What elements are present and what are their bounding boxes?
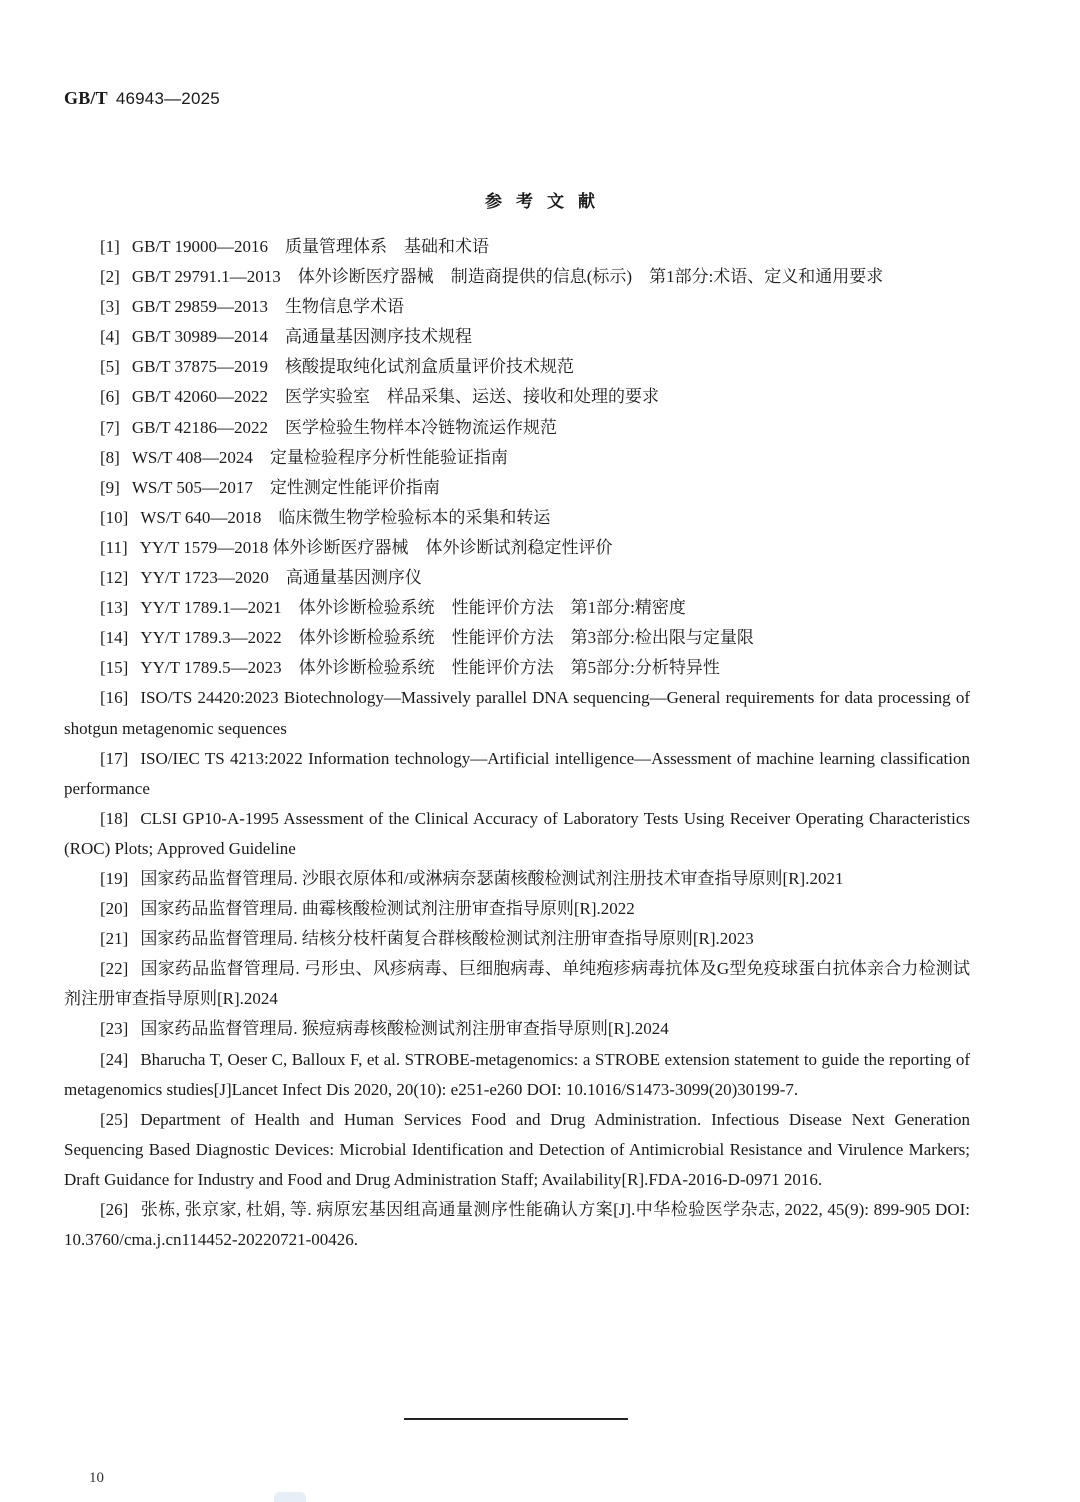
reference-index: [5] <box>100 357 120 376</box>
reference-index: [23] <box>100 1019 128 1038</box>
reference-item: [2]GB/T 29791.1—2013 体外诊断医疗器械 制造商提供的信息(标… <box>64 262 970 292</box>
reference-item: [19]国家药品监督管理局. 沙眼衣原体和/或淋病奈瑟菌核酸检测试剂注册技术审查… <box>64 864 970 894</box>
reference-item: [14]YY/T 1789.3—2022 体外诊断检验系统 性能评价方法 第3部… <box>64 623 970 653</box>
reference-index: [11] <box>100 538 128 557</box>
reference-item: [21]国家药品监督管理局. 结核分枝杆菌复合群核酸检测试剂注册审查指导原则[R… <box>64 924 970 954</box>
reference-item: [18]CLSI GP10-A-1995 Assessment of the C… <box>64 804 970 864</box>
standard-number: GB/T46943—2025 <box>64 88 220 109</box>
reference-index: [8] <box>100 448 120 467</box>
reference-index: [4] <box>100 327 120 346</box>
reference-text: Bharucha T, Oeser C, Balloux F, et al. S… <box>64 1050 970 1099</box>
reference-index: [1] <box>100 237 120 256</box>
reference-item: [1]GB/T 19000—2016 质量管理体系 基础和术语 <box>64 232 970 262</box>
reference-item: [12]YY/T 1723—2020 高通量基因测序仪 <box>64 563 970 593</box>
reference-index: [10] <box>100 508 128 527</box>
reference-index: [12] <box>100 568 128 587</box>
reference-text: WS/T 505—2017 定性测定性能评价指南 <box>132 478 440 497</box>
reference-item: [16]ISO/TS 24420:2023 Biotechnology—Mass… <box>64 683 970 743</box>
reference-item: [9]WS/T 505—2017 定性测定性能评价指南 <box>64 473 970 503</box>
reference-text: YY/T 1789.5—2023 体外诊断检验系统 性能评价方法 第5部分:分析… <box>140 658 720 677</box>
reference-index: [22] <box>100 959 128 978</box>
reference-text: GB/T 30989—2014 高通量基因测序技术规程 <box>132 327 472 346</box>
reference-index: [16] <box>100 688 128 707</box>
reference-item: [23]国家药品监督管理局. 猴痘病毒核酸检测试剂注册审查指导原则[R].202… <box>64 1014 970 1044</box>
reference-item: [10]WS/T 640—2018 临床微生物学检验标本的采集和转运 <box>64 503 970 533</box>
reference-text: WS/T 408—2024 定量检验程序分析性能验证指南 <box>132 448 508 467</box>
reference-item: [15]YY/T 1789.5—2023 体外诊断检验系统 性能评价方法 第5部… <box>64 653 970 683</box>
section-title: 参考文献 <box>0 187 1080 212</box>
reference-index: [14] <box>100 628 128 647</box>
reference-item: [8]WS/T 408—2024 定量检验程序分析性能验证指南 <box>64 443 970 473</box>
reference-text: ISO/TS 24420:2023 Biotechnology—Massivel… <box>64 688 970 737</box>
reference-text: GB/T 19000—2016 质量管理体系 基础和术语 <box>132 237 489 256</box>
reference-text: 张栋, 张京家, 杜娟, 等. 病原宏基因组高通量测序性能确认方案[J].中华检… <box>64 1200 970 1249</box>
standard-prefix: GB/T <box>64 88 108 108</box>
reference-text: GB/T 42060—2022 医学实验室 样品采集、运送、接收和处理的要求 <box>132 387 659 406</box>
end-rule-divider <box>404 1418 628 1420</box>
reference-text: GB/T 29859—2013 生物信息学术语 <box>132 297 404 316</box>
reference-index: [26] <box>100 1200 128 1219</box>
reference-item: [26]张栋, 张京家, 杜娟, 等. 病原宏基因组高通量测序性能确认方案[J]… <box>64 1195 970 1255</box>
reference-text: GB/T 42186—2022 医学检验生物样本冷链物流运作规范 <box>132 418 557 437</box>
page-number: 10 <box>89 1470 104 1487</box>
reference-item: [6]GB/T 42060—2022 医学实验室 样品采集、运送、接收和处理的要… <box>64 382 970 412</box>
reference-item: [24]Bharucha T, Oeser C, Balloux F, et a… <box>64 1045 970 1105</box>
reference-text: 国家药品监督管理局. 曲霉核酸检测试剂注册审查指导原则[R].2022 <box>140 899 634 918</box>
reference-text: CLSI GP10-A-1995 Assessment of the Clini… <box>64 809 970 858</box>
reference-index: [9] <box>100 478 120 497</box>
reference-index: [6] <box>100 387 120 406</box>
reference-item: [20]国家药品监督管理局. 曲霉核酸检测试剂注册审查指导原则[R].2022 <box>64 894 970 924</box>
reference-index: [3] <box>100 297 120 316</box>
reference-text: YY/T 1579—2018 体外诊断医疗器械 体外诊断试剂稳定性评价 <box>140 538 613 557</box>
watermark-shape <box>274 1492 306 1502</box>
reference-index: [25] <box>100 1110 128 1129</box>
reference-item: [3]GB/T 29859—2013 生物信息学术语 <box>64 292 970 322</box>
reference-item: [22]国家药品监督管理局. 弓形虫、风疹病毒、巨细胞病毒、单纯疱疹病毒抗体及G… <box>64 954 970 1014</box>
reference-item: [7]GB/T 42186—2022 医学检验生物样本冷链物流运作规范 <box>64 413 970 443</box>
reference-item: [11]YY/T 1579—2018 体外诊断医疗器械 体外诊断试剂稳定性评价 <box>64 533 970 563</box>
reference-text: ISO/IEC TS 4213:2022 Information technol… <box>64 749 970 798</box>
standard-code: 46943—2025 <box>116 89 220 108</box>
reference-text: GB/T 37875—2019 核酸提取纯化试剂盒质量评价技术规范 <box>132 357 574 376</box>
reference-index: [19] <box>100 869 128 888</box>
reference-text: YY/T 1789.3—2022 体外诊断检验系统 性能评价方法 第3部分:检出… <box>140 628 754 647</box>
reference-text: 国家药品监督管理局. 猴痘病毒核酸检测试剂注册审查指导原则[R].2024 <box>140 1019 668 1038</box>
reference-index: [18] <box>100 809 128 828</box>
reference-item: [17]ISO/IEC TS 4213:2022 Information tec… <box>64 744 970 804</box>
reference-index: [13] <box>100 598 128 617</box>
reference-index: [7] <box>100 418 120 437</box>
reference-list: [1]GB/T 19000—2016 质量管理体系 基础和术语 [2]GB/T … <box>64 232 970 1255</box>
reference-text: 国家药品监督管理局. 结核分枝杆菌复合群核酸检测试剂注册审查指导原则[R].20… <box>140 929 753 948</box>
reference-item: [5]GB/T 37875—2019 核酸提取纯化试剂盒质量评价技术规范 <box>64 352 970 382</box>
reference-text: 国家药品监督管理局. 弓形虫、风疹病毒、巨细胞病毒、单纯疱疹病毒抗体及G型免疫球… <box>64 959 970 1008</box>
reference-index: [20] <box>100 899 128 918</box>
reference-item: [13]YY/T 1789.1—2021 体外诊断检验系统 性能评价方法 第1部… <box>64 593 970 623</box>
reference-index: [24] <box>100 1050 128 1069</box>
reference-index: [21] <box>100 929 128 948</box>
reference-index: [15] <box>100 658 128 677</box>
reference-index: [17] <box>100 749 128 768</box>
reference-text: YY/T 1723—2020 高通量基因测序仪 <box>140 568 422 587</box>
reference-item: [25]Department of Health and Human Servi… <box>64 1105 970 1195</box>
reference-text: 国家药品监督管理局. 沙眼衣原体和/或淋病奈瑟菌核酸检测试剂注册技术审查指导原则… <box>140 869 843 888</box>
reference-text: YY/T 1789.1—2021 体外诊断检验系统 性能评价方法 第1部分:精密… <box>140 598 686 617</box>
reference-index: [2] <box>100 267 120 286</box>
reference-text: GB/T 29791.1—2013 体外诊断医疗器械 制造商提供的信息(标示) … <box>132 267 883 286</box>
reference-text: WS/T 640—2018 临床微生物学检验标本的采集和转运 <box>140 508 550 527</box>
reference-item: [4]GB/T 30989—2014 高通量基因测序技术规程 <box>64 322 970 352</box>
reference-text: Department of Health and Human Services … <box>64 1110 970 1189</box>
